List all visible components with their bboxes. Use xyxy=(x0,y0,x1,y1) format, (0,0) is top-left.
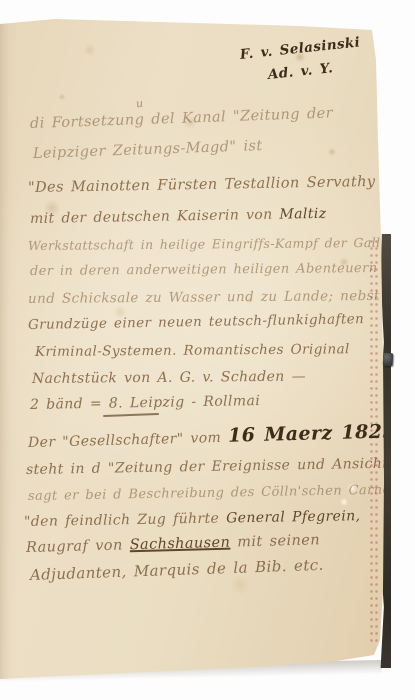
handwritten-text: Der "Gesellschafter" vom xyxy=(28,430,228,451)
binding-clasp xyxy=(383,353,394,367)
handwritten-text: "Des Mainotten Fürsten Testallion Servat… xyxy=(28,174,376,196)
handwritten-text: Raugraf von xyxy=(26,537,130,556)
handwritten-text: Maltiz xyxy=(279,206,326,223)
handwritten-text: di Fortsetzung del Kanal "Zeitung der xyxy=(30,105,333,132)
handwritten-line: "den feindlich Zug führte General Pfegre… xyxy=(24,508,361,530)
handwritten-text: steht in d "Zeitung der Ereignisse und A… xyxy=(26,455,413,478)
handwritten-line: Nachtstück von A. G. v. Schaden — xyxy=(32,369,306,387)
handwritten-line: di Fortsetzung del Kanal "Zeitung der xyxy=(30,105,333,132)
owner-signature-line: Ad. v. Y. xyxy=(267,60,334,83)
handwritten-text: F. v. Selasinski xyxy=(239,34,361,63)
handwritten-text: "den feindlich Zug führte xyxy=(24,510,226,530)
handwritten-text: Werkstattschaft in heilige Eingriffs-Kam… xyxy=(28,235,389,253)
handwritten-text: Leipziger Zeitungs-Magd" ist xyxy=(33,138,263,162)
handwritten-line: mit der deutschen Kaiserin von Maltiz xyxy=(30,206,327,227)
handwritten-text: Sachshausen xyxy=(130,535,231,554)
handwritten-text: der in deren anderweitigen heiligen Aben… xyxy=(30,261,378,279)
handwritten-text: Kriminal-Systemen. Romantisches Original xyxy=(35,341,350,360)
handwritten-line: steht in d "Zeitung der Ereignisse und A… xyxy=(26,455,413,478)
handwritten-text: Ad. v. Y. xyxy=(267,60,334,83)
handwritten-line: Werkstattschaft in heilige Eingriffs-Kam… xyxy=(28,235,389,253)
handwritten-text: mit seinen xyxy=(230,532,320,550)
handwritten-line: Adjudanten, Marquis de la Bib. etc. xyxy=(30,556,324,584)
handwritten-line: sagt er bei d Beschreibung des Cölln'sch… xyxy=(28,482,415,504)
handwritten-text: 16 Maerz 1825 xyxy=(228,420,397,446)
book-photo: u F. v. SelasinskiAd. v. Y.di Fortsetzun… xyxy=(0,0,415,700)
handwritten-line: der in deren anderweitigen heiligen Aben… xyxy=(30,261,378,279)
handwritten-text: General Pfegrein, xyxy=(226,508,361,526)
handwritten-line: Leipziger Zeitungs-Magd" ist xyxy=(33,138,263,162)
handwritten-text: 2 bänd = 8. Leipzig - Rollmai xyxy=(30,393,260,413)
manuscript-page: u F. v. SelasinskiAd. v. Y.di Fortsetzun… xyxy=(0,0,415,700)
handwritten-text: Adjudanten, Marquis de la Bib. etc. xyxy=(30,556,324,584)
handwritten-text: und Schicksale zu Wasser und zu Lande; n… xyxy=(28,288,380,307)
handwritten-line: "Des Mainotten Fürsten Testallion Servat… xyxy=(28,174,376,196)
handwritten-text: Grundzüge einer neuen teutsch-flunkighaf… xyxy=(28,311,364,333)
handwritten-line: Der "Gesellschafter" vom 16 Maerz 1825 xyxy=(28,420,397,452)
owner-signature-line: F. v. Selasinski xyxy=(239,34,361,63)
ink-flourish: u xyxy=(135,97,144,111)
handwritten-line: Grundzüge einer neuen teutsch-flunkighaf… xyxy=(28,311,364,333)
handwritten-line: Kriminal-Systemen. Romantisches Original xyxy=(35,341,350,360)
handwritten-line: und Schicksale zu Wasser und zu Lande; n… xyxy=(28,288,380,307)
handwritten-line: 2 bänd = 8. Leipzig - Rollmai xyxy=(30,393,260,413)
ink-divider-rule xyxy=(103,413,159,416)
handwritten-line: Raugraf von Sachshausen mit seinen xyxy=(26,532,320,556)
handwritten-text: sagt er bei d Beschreibung des Cölln'sch… xyxy=(28,482,415,504)
handwritten-text: Nachtstück von A. G. v. Schaden — xyxy=(32,369,306,387)
handwritten-text: mit der deutschen Kaiserin von xyxy=(30,207,280,227)
